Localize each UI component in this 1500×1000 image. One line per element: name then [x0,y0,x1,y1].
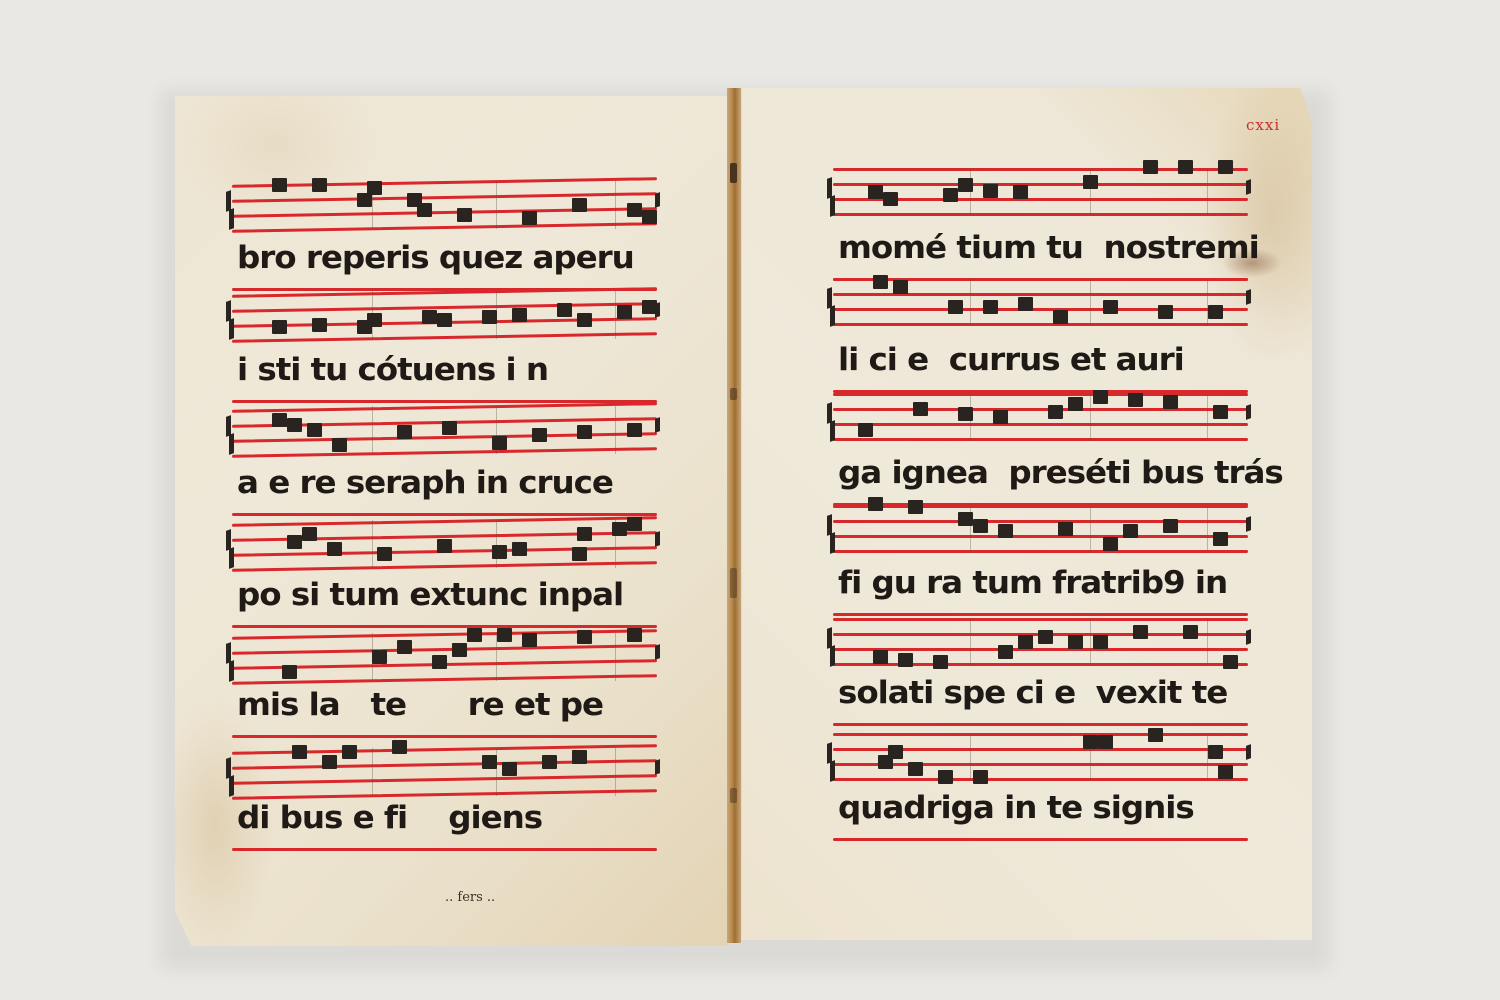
custos-icon [1246,516,1251,532]
neume-note [482,310,497,324]
staff-line [232,629,657,640]
neume-note [307,423,322,437]
staff-line [833,323,1248,326]
staff-line [232,302,657,313]
staff-line [833,550,1248,553]
custos-icon [1246,289,1251,305]
neume-note [1158,305,1173,319]
neume-note [998,645,1013,659]
staff-line [833,308,1248,311]
lyric-line: solati spe ci e vexit te [838,675,1227,711]
custos-icon [1246,744,1251,760]
neume-note [1143,160,1158,174]
neume-note [873,650,888,664]
bar-line [615,181,616,229]
custos-icon [655,644,660,660]
neume-note [858,423,873,437]
neume-note [1133,625,1148,639]
neume-note [1053,310,1068,324]
neume-note [322,755,337,769]
neume-note [417,203,432,217]
neume-note [377,547,392,561]
neume-note [1018,297,1033,311]
neume-note [1093,635,1108,649]
bar-line [970,618,971,666]
custos-icon [1246,404,1251,420]
neume-note [557,303,572,317]
neume-note [292,745,307,759]
neume-note [642,210,657,224]
bar-line [970,733,971,781]
neume-note [492,436,507,450]
bar-line [1090,278,1091,326]
staff-line [833,438,1248,441]
neume-note [893,280,908,294]
neume-note [302,527,317,541]
neume-note [577,630,592,644]
neume-note [868,185,883,199]
staff-line [232,447,657,458]
clef-icon [830,760,835,782]
custos-icon [655,759,660,775]
staff-line [232,774,657,785]
bar-line [615,291,616,339]
neume-note [1218,765,1233,779]
neume-note [512,542,527,556]
bar-line [970,278,971,326]
neume-note [1178,160,1193,174]
clef-icon [830,420,835,442]
neume-note [272,413,287,427]
clef-icon [830,195,835,217]
neume-note [272,178,287,192]
staff-line [232,735,657,738]
staff-line [833,733,1248,736]
staff-line [232,207,657,218]
neume-note [577,527,592,541]
neume-note [1048,405,1063,419]
neume-note [432,655,447,669]
neume-note [577,425,592,439]
neume-note [898,653,913,667]
neume-note [572,750,587,764]
clef-icon [830,532,835,554]
bar-line [1207,505,1208,553]
bar-line [1207,618,1208,666]
bar-line [1207,168,1208,216]
lyric-line: fi gu ra tum fratrib9 in [838,565,1227,601]
clef-icon [830,645,835,667]
neume-note [1093,390,1108,404]
bar-line [1090,505,1091,553]
neume-note [272,320,287,334]
neume-note [1103,300,1118,314]
staff-line [833,408,1248,411]
staff-line [833,838,1248,841]
music-staff [232,512,657,572]
neume-note [422,310,437,324]
clef-icon [229,660,234,682]
music-staff [833,270,1248,330]
lyric-line: mis la te re et pe [237,687,603,723]
lyric-line: quadriga in te signis [838,790,1194,826]
bar-line [615,406,616,454]
neume-note [572,198,587,212]
neume-note [512,308,527,322]
neume-note [943,188,958,202]
custos-icon [1246,629,1251,645]
neume-note [1163,519,1178,533]
neume-note [1013,185,1028,199]
staff-line [232,287,657,298]
lyric-line: li ci e currus et auri [838,342,1184,378]
neume-note [532,428,547,442]
neume-note [442,421,457,435]
staff-line [833,423,1248,426]
neume-note [938,770,953,784]
clef-icon [830,305,835,327]
neume-note [1183,625,1198,639]
lyric-line: momé tium tu nostremi [838,230,1259,266]
custos-icon [1246,179,1251,195]
neume-note [973,519,988,533]
neume-note [983,300,998,314]
neume-note [1213,405,1228,419]
neume-note [577,313,592,327]
clef-icon [229,208,234,230]
staff-line [833,648,1248,651]
neume-note [542,755,557,769]
bar-line [1207,393,1208,441]
neume-note [287,418,302,432]
neume-note [873,275,888,289]
neume-note [1148,728,1163,742]
neume-note [1163,395,1178,409]
staff-line [833,663,1248,666]
neume-note [908,762,923,776]
clef-icon [229,433,234,455]
staff-line [232,177,657,188]
folio-number: cxxi [1246,116,1280,134]
staff-line [232,402,657,413]
neume-note [1068,397,1083,411]
staff-line [232,192,657,203]
custos-icon [655,531,660,547]
staff-line [833,213,1248,216]
staff-line [232,759,657,770]
staff-line [833,778,1248,781]
neume-note [1218,160,1233,174]
neume-note [1058,522,1073,536]
neume-note [1038,630,1053,644]
neume-note [958,512,973,526]
staff-line [833,618,1248,621]
neume-note [948,300,963,314]
neume-note [482,755,497,769]
neume-note [1128,393,1143,407]
neume-note [522,633,537,647]
bar-line [970,168,971,216]
neume-note [627,423,642,437]
custos-icon [655,417,660,433]
neume-note [392,740,407,754]
clef-icon [229,547,234,569]
neume-note [1083,175,1098,189]
bar-line [372,748,373,796]
bar-line [1090,618,1091,666]
bar-line [1207,278,1208,326]
music-staff [232,625,657,685]
neume-note [993,410,1008,424]
neume-note [497,628,512,642]
neume-note [868,497,883,511]
bar-line [1090,393,1091,441]
staff-line [232,332,657,343]
neume-note [437,539,452,553]
staff-line [232,848,657,851]
staff-line [232,222,657,233]
neume-note [612,522,627,536]
neume-note [1098,735,1113,749]
neume-note [627,628,642,642]
neume-note [1208,745,1223,759]
staff-line [833,763,1248,766]
neume-note [312,318,327,332]
lyric-line: ga ignea preséti bus trás [838,455,1283,491]
neume-note [452,643,467,657]
bar-line [615,748,616,796]
neume-note [627,517,642,531]
bar-line [615,633,616,681]
catchword: .. fers .. [445,890,495,905]
bar-line [496,520,497,568]
neume-note [397,640,412,654]
music-staff [833,725,1248,785]
music-staff [232,398,657,458]
staff-line [232,516,657,527]
music-staff [232,173,657,233]
staff-line [833,183,1248,186]
staff-line [833,393,1248,396]
neume-note [983,184,998,198]
neume-note [933,655,948,669]
lyric-line: i sti tu cótuens i n [237,352,548,388]
neume-note [1018,635,1033,649]
neume-note [357,193,372,207]
neume-note [1223,655,1238,669]
lyric-line: di bus e fi giens [237,800,542,836]
custos-icon [655,192,660,208]
staff-line [833,505,1248,508]
neume-note [457,208,472,222]
music-staff [232,283,657,343]
music-staff [833,160,1248,220]
music-staff [833,497,1248,557]
neume-note [627,203,642,217]
neume-note [1103,537,1118,551]
neume-note [397,425,412,439]
neume-note [908,500,923,514]
neume-note [327,542,342,556]
neume-note [958,407,973,421]
neume-note [998,524,1013,538]
neume-note [502,762,517,776]
neume-note [372,650,387,664]
clef-icon [229,318,234,340]
lyric-line: bro reperis quez aperu [237,240,634,276]
neume-note [572,547,587,561]
music-staff [833,385,1248,445]
bar-line [496,181,497,229]
staff-line [833,520,1248,523]
music-staff [232,740,657,800]
bar-line [372,520,373,568]
bar-line [372,406,373,454]
neume-note [1213,532,1228,546]
neume-note [913,402,928,416]
custos-icon [655,302,660,318]
neume-note [973,770,988,784]
staff-line [232,644,657,655]
neume-note [287,535,302,549]
neume-note [342,745,357,759]
neume-note [1208,305,1223,319]
binding-gutter [727,88,741,943]
neume-note [958,178,973,192]
neume-note [282,665,297,679]
neume-note [467,628,482,642]
neume-note [888,745,903,759]
neume-note [1068,635,1083,649]
neume-note [1123,524,1138,538]
clef-icon [229,775,234,797]
neume-note [492,545,507,559]
neume-note [332,438,347,452]
neume-note [357,320,372,334]
staff-line [232,561,657,572]
staff-line [833,535,1248,538]
music-staff [833,610,1248,670]
lyric-line: a e re seraph in cruce [237,465,613,501]
lyric-line: po si tum extunc inpal [237,577,623,613]
neume-note [883,192,898,206]
staff-line [232,789,657,800]
neume-note [437,313,452,327]
neume-note [1083,735,1098,749]
neume-note [312,178,327,192]
neume-note [522,211,537,225]
neume-note [617,305,632,319]
